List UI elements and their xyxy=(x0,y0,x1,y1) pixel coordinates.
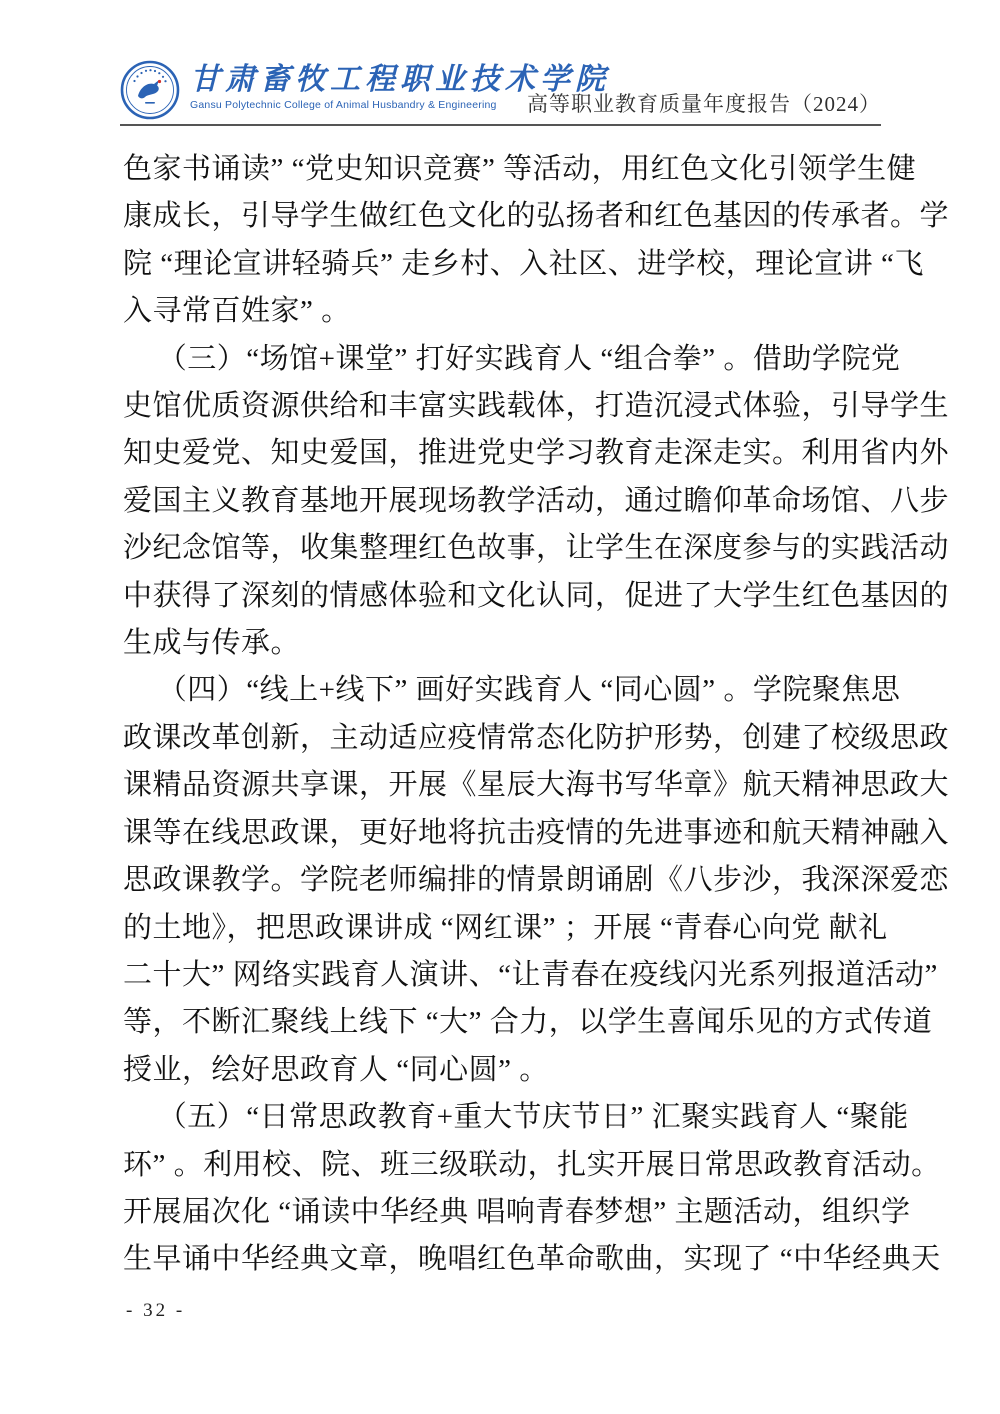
text-line: 等，不断汇聚线上线下 “大” 合力，以学生喜闻乐见的方式传道 xyxy=(123,999,879,1046)
page-header: 甘肃畜牧工程职业技术学院 Gansu Polytechnic College o… xyxy=(120,58,881,126)
text-line: 政课改革创新，主动适应疫情常态化防护形势，创建了校级思政 xyxy=(123,715,879,762)
text-line: 中获得了深刻的情感体验和文化认同，促进了大学生红色基因的 xyxy=(123,573,879,620)
report-title: 高等职业教育质量年度报告（2024） xyxy=(527,88,881,118)
text-line: 二十大” 网络实践育人演讲、“让青春在疫线闪光系列报道活动” xyxy=(123,952,879,999)
paragraph: （四）“线上+线下” 画好实践育人 “同心圆” 。学院聚焦思政课改革创新，主动适… xyxy=(123,667,879,1094)
text-line: 入寻常百姓家” 。 xyxy=(123,288,879,335)
text-line: 康成长，引导学生做红色文化的弘扬者和红色基因的传承者。学 xyxy=(123,193,879,240)
text-line: 生早诵中华经典文章，晚唱红色革命歌曲，实现了 “中华经典天 xyxy=(123,1236,879,1283)
text-line: 知史爱党、知史爱国，推进党史学习教育走深走实。利用省内外 xyxy=(123,430,879,477)
document-body: 色家书诵读” “党史知识竞赛” 等活动，用红色文化引领学生健康成长，引导学生做红… xyxy=(123,146,879,1284)
school-emblem-icon xyxy=(120,60,180,120)
text-line: 院 “理论宣讲轻骑兵” 走乡村、入社区、进学校，理论宣讲 “飞 xyxy=(123,241,879,288)
text-line: 的土地》，把思政课讲成 “网红课” ；开展 “青春心向党 献礼 xyxy=(123,905,879,952)
paragraph: 色家书诵读” “党史知识竞赛” 等活动，用红色文化引领学生健康成长，引导学生做红… xyxy=(123,146,879,336)
text-line: 课精品资源共享课，开展《星辰大海书写华章》航天精神思政大 xyxy=(123,762,879,809)
text-line: 色家书诵读” “党史知识竞赛” 等活动，用红色文化引领学生健 xyxy=(123,146,879,193)
text-line: 爱国主义教育基地开展现场教学活动，通过瞻仰革命场馆、八步 xyxy=(123,478,879,525)
paragraph: （五）“日常思政教育+重大节庆节日” 汇聚实践育人 “聚能环” 。利用校、院、班… xyxy=(123,1094,879,1284)
text-line: （四）“线上+线下” 画好实践育人 “同心圆” 。学院聚焦思 xyxy=(123,667,879,714)
page-number: - 32 - xyxy=(126,1300,185,1322)
text-line: 史馆优质资源供给和丰富实践载体，打造沉浸式体验，引导学生 xyxy=(123,383,879,430)
text-line: 授业，绘好思政育人 “同心圆” 。 xyxy=(123,1047,879,1094)
text-line: （五）“日常思政教育+重大节庆节日” 汇聚实践育人 “聚能 xyxy=(123,1094,879,1141)
text-line: （三）“场馆+课堂” 打好实践育人 “组合拳” 。借助学院党 xyxy=(123,336,879,383)
text-line: 环” 。利用校、院、班三级联动，扎实开展日常思政教育活动。 xyxy=(123,1142,879,1189)
text-line: 开展届次化 “诵读中华经典 唱响青春梦想” 主题活动，组织学 xyxy=(123,1189,879,1236)
text-line: 课等在线思政课，更好地将抗击疫情的先进事迹和航天精神融入 xyxy=(123,810,879,857)
text-line: 思政课教学。学院老师编排的情景朗诵剧《八步沙，我深深爱恋 xyxy=(123,857,879,904)
document-page: 甘肃畜牧工程职业技术学院 Gansu Polytechnic College o… xyxy=(0,0,1000,1414)
text-line: 沙纪念馆等，收集整理红色故事，让学生在深度参与的实践活动 xyxy=(123,525,879,572)
paragraph: （三）“场馆+课堂” 打好实践育人 “组合拳” 。借助学院党史馆优质资源供给和丰… xyxy=(123,336,879,668)
text-line: 生成与传承。 xyxy=(123,620,879,667)
